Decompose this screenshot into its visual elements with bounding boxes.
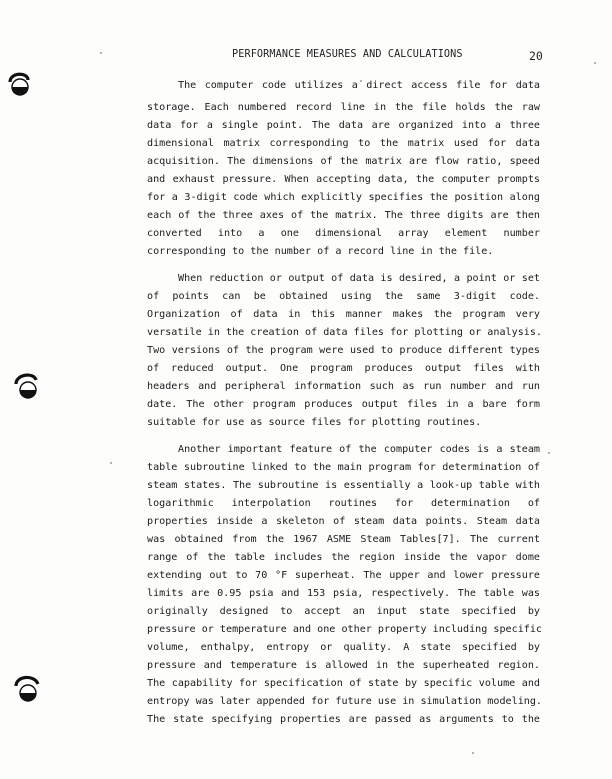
text-line: converted into a one dimensional array e… (147, 227, 540, 241)
text-line: for a 3-digit code which explicitly spec… (147, 191, 540, 205)
page-number: 20 (529, 49, 543, 63)
text-line: date. The other program produces output … (147, 398, 540, 412)
text-line: volume, enthalpy, entropy or quality. A … (147, 641, 540, 655)
scan-speck (110, 462, 112, 464)
text-line: dimensional matrix corresponding to the … (147, 137, 540, 151)
text-line: of reduced output. One program produces … (147, 362, 540, 376)
text-line: storage. Each numbered record line in th… (147, 101, 540, 115)
binder-hole-icon (14, 672, 40, 702)
binder-hole-icon (6, 68, 32, 98)
text-line: pressure and temperature is allowed in t… (147, 659, 540, 673)
scanned-page: PERFORMANCE MEASURES AND CALCULATIONS 20… (0, 0, 612, 779)
text-line: logarithmic interpolation routines for d… (147, 497, 540, 511)
text-line: The computer code utilizes a direct acce… (178, 79, 540, 93)
text-line: data for a single point. The data are or… (147, 119, 540, 133)
scan-speck (594, 62, 596, 64)
text-line: versatile in the creation of data files … (147, 326, 540, 340)
text-line: Another important feature of the compute… (178, 443, 540, 457)
text-line: originally designed to accept an input s… (147, 605, 540, 619)
text-line: properties inside a skeleton of steam da… (147, 515, 540, 529)
binder-hole-icon (14, 370, 40, 400)
text-line: headers and peripheral information such … (147, 380, 540, 394)
text-line: steam states. The subroutine is essentia… (147, 479, 540, 493)
running-header: PERFORMANCE MEASURES AND CALCULATIONS (232, 49, 463, 60)
scan-speck (100, 52, 102, 54)
text-line: entropy was later appended for future us… (147, 695, 540, 709)
text-line: table subroutine linked to the main prog… (147, 461, 540, 475)
text-line: of points can be obtained using the same… (147, 290, 540, 304)
text-line: corresponding to the number of a record … (147, 245, 540, 259)
text-line: extending out to 70 °F superheat. The up… (147, 569, 540, 583)
text-line: each of the three axes of the matrix. Th… (147, 209, 540, 223)
text-line: acquisition. The dimensions of the matri… (147, 155, 540, 169)
text-line: range of the table includes the region i… (147, 551, 540, 565)
text-line: was obtained from the 1967 ASME Steam Ta… (147, 533, 540, 547)
text-line: limits are 0.95 psia and 153 psia, respe… (147, 587, 540, 601)
text-line: When reduction or output of data is desi… (178, 272, 540, 286)
text-line: suitable for use as source files for plo… (147, 416, 540, 430)
text-line: Two versions of the program were used to… (147, 344, 540, 358)
scan-speck (472, 752, 474, 754)
scan-speck (548, 452, 550, 454)
text-line: Organization of data in this manner make… (147, 308, 540, 322)
text-line: pressure or temperature and one other pr… (147, 623, 540, 637)
text-line: The state specifying properties are pass… (147, 713, 540, 727)
text-line: and exhaust pressure. When accepting dat… (147, 173, 540, 187)
text-line: The capability for specification of stat… (147, 677, 540, 691)
